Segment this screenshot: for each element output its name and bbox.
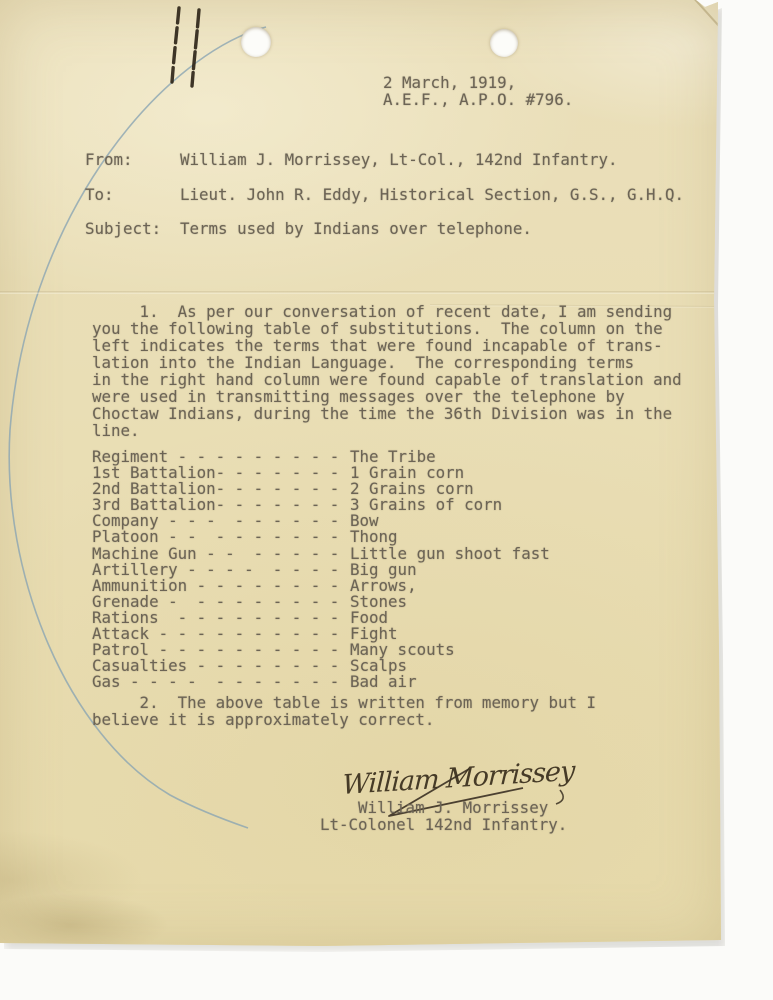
letter-page: 2 March, 1919,A.E.F., A.P.O. #796. From:… [0,0,722,947]
typed-signature-name: William J. Morrissey [358,799,548,816]
scanner-background: { "document": { "dateline": ["2 March, 1… [0,0,773,1000]
typed-signature-title: Lt-Colonel 142nd Infantry. [320,816,567,833]
